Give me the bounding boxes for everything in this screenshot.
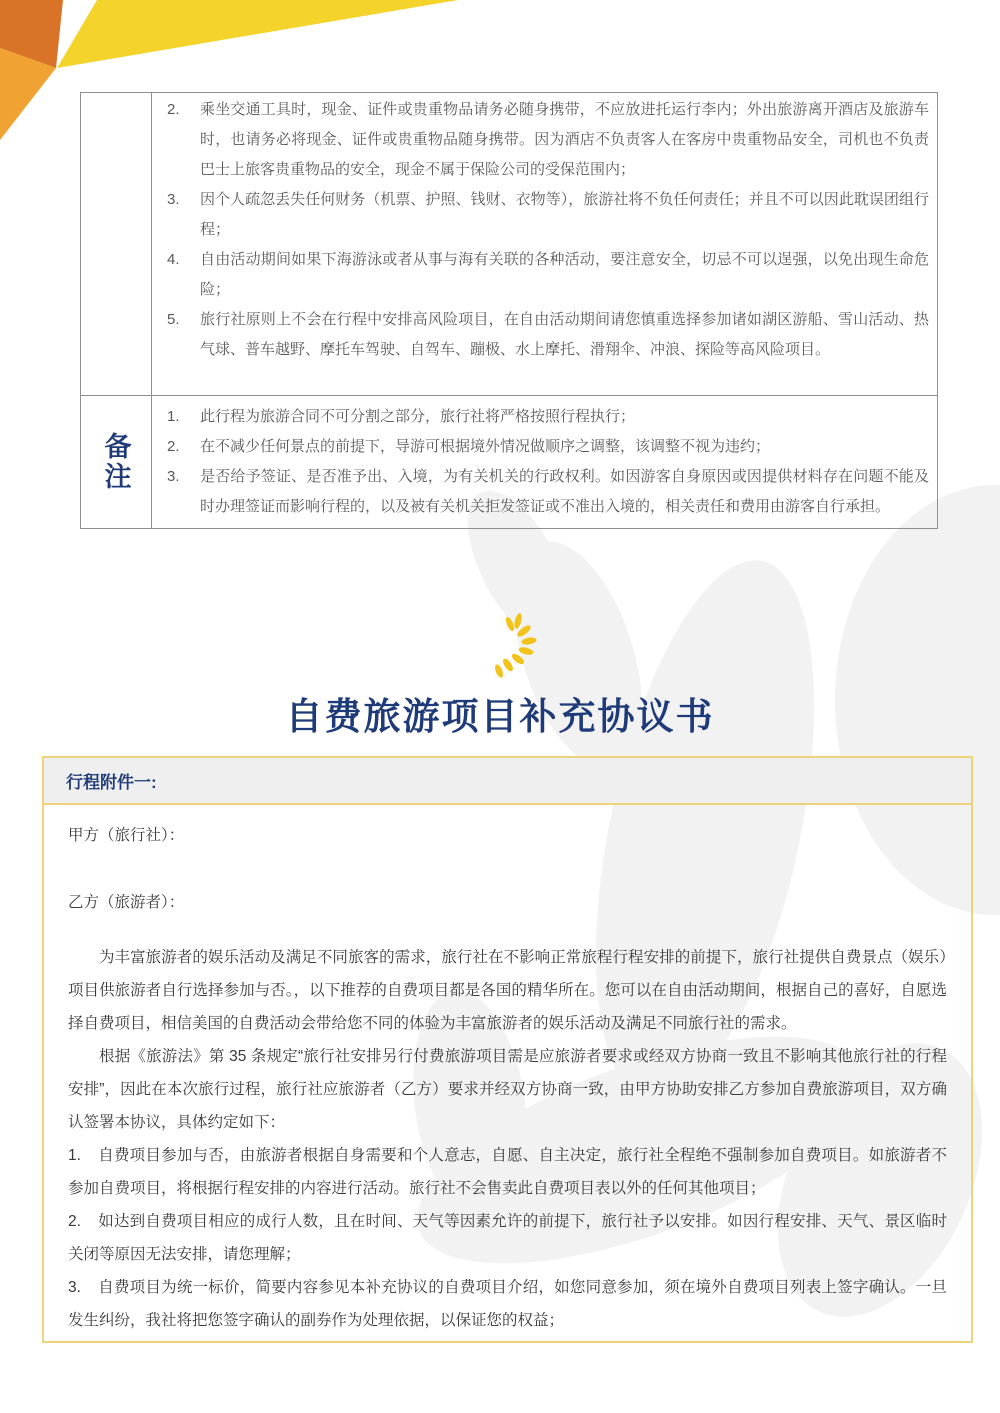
agreement-item: 1.自费项目参加与否，由旅游者根据自身需要和个人意志，自愿、自主决定，旅行社全程… bbox=[68, 1139, 947, 1205]
item-text: 在不减少任何景点的前提下，导游可根据境外情况做顺序之调整，该调整不视为违约； bbox=[200, 432, 929, 462]
item-number: 4. bbox=[158, 245, 200, 305]
remark-row: 备注 1. 此行程为旅游合同不可分割之部分，旅行社将严格按照行程执行； 2. 在… bbox=[81, 395, 937, 528]
item-number: 3. bbox=[158, 185, 200, 245]
item-text: 自费项目为统一标价，简要内容参见本补充协议的自费项目介绍，如您同意参加，须在境外… bbox=[68, 1279, 947, 1329]
item-number: 5. bbox=[158, 305, 200, 365]
notice-item: 5. 旅行社原则上不会在行程中安排高风险项目，在自由活动期间请您慎重选择参加诸如… bbox=[158, 305, 929, 365]
remark-label: 备注 bbox=[97, 432, 136, 492]
item-number: 1. bbox=[68, 1139, 98, 1172]
remark-label-cell: 备注 bbox=[81, 396, 152, 528]
leaf-sprig-icon bbox=[489, 613, 539, 681]
item-number: 2. bbox=[68, 1205, 98, 1238]
item-number: 3. bbox=[68, 1271, 98, 1304]
notice-item: 4. 自由活动期间如果下海游泳或者从事与海有关联的各种活动，要注意安全，切忌不可… bbox=[158, 245, 929, 305]
item-text: 旅行社原则上不会在行程中安排高风险项目，在自由活动期间请您慎重选择参加诸如湖区游… bbox=[200, 305, 929, 365]
leaf-logo bbox=[489, 613, 539, 686]
item-text: 自由活动期间如果下海游泳或者从事与海有关联的各种活动，要注意安全，切忌不可以逞强… bbox=[200, 245, 929, 305]
yellow-triangle-icon bbox=[57, 0, 458, 68]
item-text: 自费项目参加与否，由旅游者根据自身需要和个人意志，自愿、自主决定，旅行社全程绝不… bbox=[68, 1147, 947, 1197]
item-text: 因个人疏忽丢失任何财务（机票、护照、钱财、衣物等），旅游社将不负任何责任；并且不… bbox=[200, 185, 929, 245]
remark-item: 3. 是否给予签证、是否准予出、入境，为有关机关的行政权利。如因游客自身原因或因… bbox=[158, 462, 929, 522]
agreement-paragraph: 为丰富旅游者的娱乐活动及满足不同旅客的需求，旅行社在不影响正常旅程行程安排的前提… bbox=[68, 941, 947, 1040]
remark-item: 1. 此行程为旅游合同不可分割之部分，旅行社将严格按照行程执行； bbox=[158, 402, 929, 432]
corner-decoration bbox=[0, 0, 470, 145]
attachment-header-band: 行程附件一: bbox=[44, 758, 971, 805]
remark-content-cell: 1. 此行程为旅游合同不可分割之部分，旅行社将严格按照行程执行； 2. 在不减少… bbox=[152, 396, 937, 528]
agreement-item: 3.自费项目为统一标价，简要内容参见本补充协议的自费项目介绍，如您同意参加，须在… bbox=[68, 1271, 947, 1337]
party-a-line: 甲方（旅行社）： bbox=[68, 819, 947, 852]
item-text: 此行程为旅游合同不可分割之部分，旅行社将严格按照行程执行； bbox=[200, 402, 929, 432]
page-title: 自费旅游项目补充协议书 bbox=[0, 686, 1000, 740]
item-number: 2. bbox=[158, 432, 200, 462]
notice-table: 2. 乘坐交通工具时，现金、证件或贵重物品请务必随身携带，不应放进托运行李内；外… bbox=[80, 92, 938, 529]
item-number: 1. bbox=[158, 402, 200, 432]
item-text: 如达到自费项目相应的成行人数，且在时间、天气等因素允许的前提下，旅行社予以安排。… bbox=[68, 1213, 947, 1263]
agreement-paragraph: 根据《旅游法》第 35 条规定“旅行社安排另行付费旅游项目需是应旅游者要求或经双… bbox=[68, 1040, 947, 1139]
item-number: 3. bbox=[158, 462, 200, 522]
party-b-line: 乙方（旅游者）： bbox=[68, 886, 947, 919]
agreement-body: 甲方（旅行社）： 乙方（旅游者）： 为丰富旅游者的娱乐活动及满足不同旅客的需求，… bbox=[44, 805, 971, 1337]
agreement-item: 2.如达到自费项目相应的成行人数，且在时间、天气等因素允许的前提下，旅行社予以安… bbox=[68, 1205, 947, 1271]
agreement-box: 行程附件一: 甲方（旅行社）： 乙方（旅游者）： 为丰富旅游者的娱乐活动及满足不… bbox=[42, 756, 973, 1343]
attachment-label: 行程附件一: bbox=[66, 768, 157, 793]
remark-item: 2. 在不减少任何景点的前提下，导游可根据境外情况做顺序之调整，该调整不视为违约… bbox=[158, 432, 929, 462]
item-text: 是否给予签证、是否准予出、入境，为有关机关的行政权利。如因游客自身原因或因提供材… bbox=[200, 462, 929, 522]
notice-item: 3. 因个人疏忽丢失任何财务（机票、护照、钱财、衣物等），旅游社将不负任何责任；… bbox=[158, 185, 929, 245]
